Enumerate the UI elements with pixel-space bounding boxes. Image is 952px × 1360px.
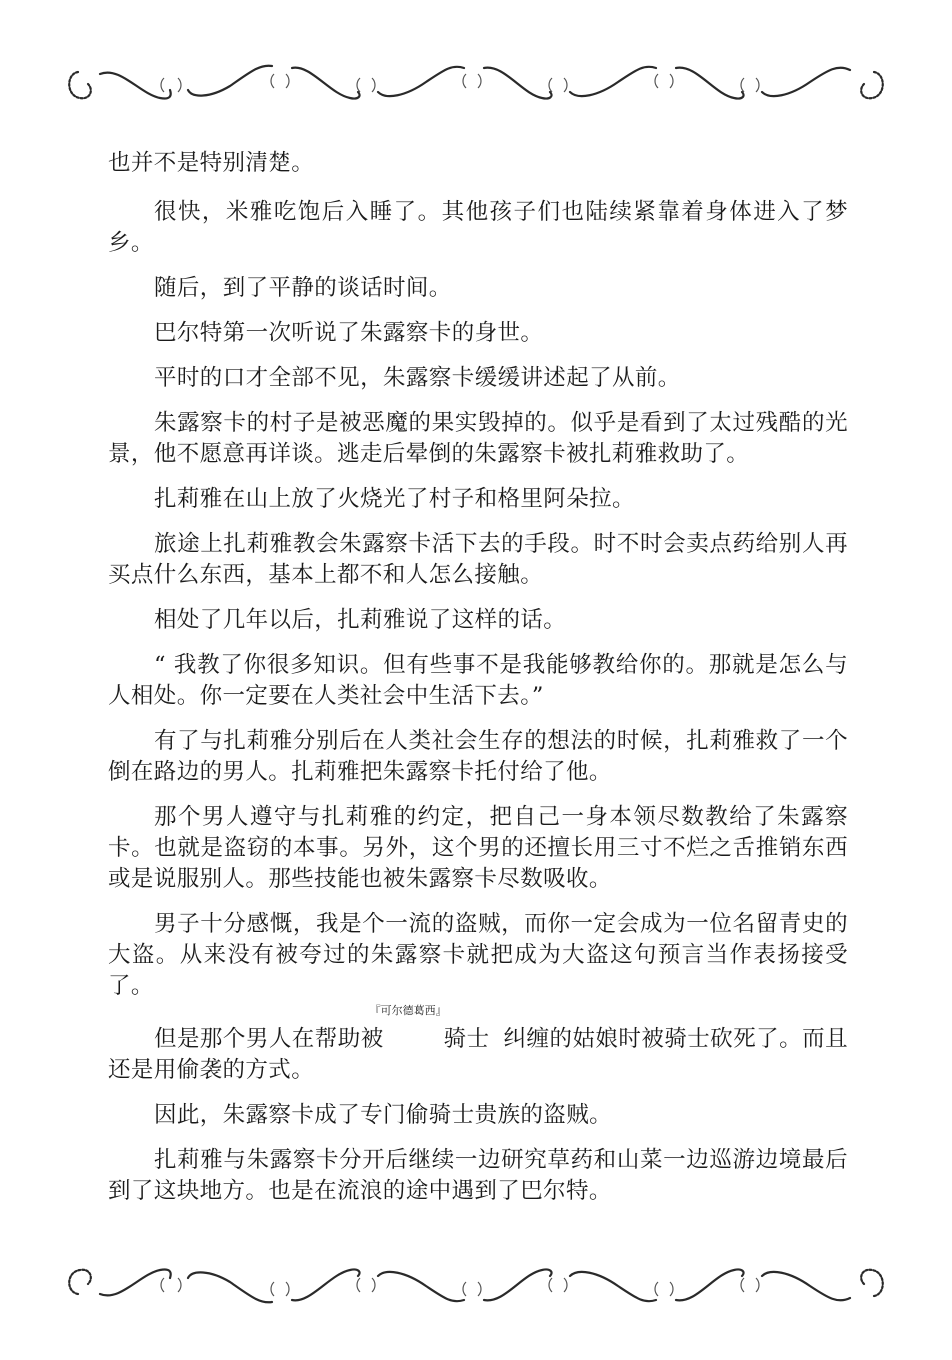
paragraph: 巴尔特第一次听说了朱露察卡的身世。	[108, 318, 848, 349]
paragraph: 那个男人遵守与扎莉雅的约定，把自己一身本领尽数教给了朱露察卡。也就是盗窃的本事。…	[108, 802, 848, 895]
quote-paragraph: “ 我教了你很多知识。但有些事不是我能够教给你的。那就是怎么与人相处。你一定要在…	[108, 650, 848, 712]
top-ornament-border-icon	[60, 50, 892, 110]
page-body: 也并不是特别清楚。 很快，米雅吃饱后入睡了。其他孩子们也陆续紧靠着身体进入了梦乡…	[108, 148, 848, 1221]
bottom-ornament-border-icon	[60, 1258, 892, 1318]
paragraph: 随后，到了平静的谈话时间。	[108, 273, 848, 304]
paragraph: 朱露察卡的村子是被恶魔的果实毁掉的。似乎是看到了太过残酷的光景，他不愿意再详谈。…	[108, 408, 848, 470]
paragraph: 有了与扎莉雅分别后在人类社会生存的想法的时候，扎莉雅救了一个倒在路边的男人。扎莉…	[108, 726, 848, 788]
paragraph: 也并不是特别清楚。	[108, 148, 848, 179]
paragraph: 扎莉雅与朱露察卡分开后继续一边研究草药和山菜一边巡游边境最后到了这块地方。也是在…	[108, 1145, 848, 1207]
paragraph: 扎莉雅在山上放了火烧光了村子和格里阿朵拉。	[108, 484, 848, 515]
paragraph: 旅途上扎莉雅教会朱露察卡活下去的手段。时不时会卖点药给别人再买点什么东西，基本上…	[108, 529, 848, 591]
ruby-annotation: 『可尔德葛西』	[370, 1005, 447, 1017]
paragraph: 因此，朱露察卡成了专门偷骑士贵族的盗贼。	[108, 1100, 848, 1131]
ruby-base: 骑士	[444, 1026, 490, 1052]
paragraph: 很快，米雅吃饱后入睡了。其他孩子们也陆续紧靠着身体进入了梦乡。	[108, 197, 848, 259]
paragraph: 平时的口才全部不见，朱露察卡缓缓讲述起了从前。	[108, 363, 848, 394]
ruby-paragraph-before: 但是那个男人在帮助被	[154, 1026, 384, 1052]
ruby-annotated-word: 『可尔德葛西』骑士	[384, 1024, 504, 1055]
ruby-paragraph: 但是那个男人在帮助被『可尔德葛西』骑士纠缠的姑娘时被骑士砍死了。而且还是用偷袭的…	[108, 1024, 848, 1086]
paragraph: 男子十分感慨，我是个一流的盗贼，而你一定会成为一位名留青史的大盗。从来没有被夸过…	[108, 909, 848, 1002]
paragraph: 相处了几年以后，扎莉雅说了这样的话。	[108, 605, 848, 636]
